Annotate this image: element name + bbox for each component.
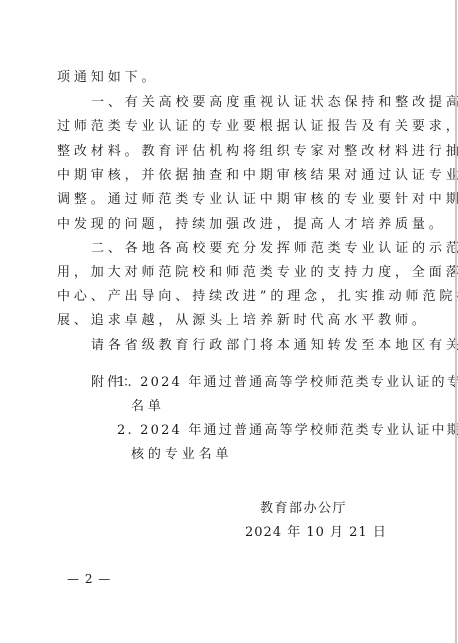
attachment-2-line-2: 核的专业名单 — [131, 445, 397, 465]
attachment-1-line-1: 1. 2024 年通过普通高等学校师范类专业认证的专业 — [117, 373, 397, 393]
attachment-2-line-1: 2. 2024 年通过普通高等学校师范类专业认证中期审 — [117, 421, 397, 441]
issuer-name: 教育部办公厅 — [260, 499, 347, 519]
paragraph-2-line-2: 用，加大对师范院校和师范类专业的支持力度，全面落实“学生 — [57, 263, 397, 283]
paragraph-2-line-1: 二、各地各高校要充分发挥师范类专业认证的示范带动作 — [91, 239, 397, 259]
paragraph-1-line-5: 调整。通过师范类专业认证中期审核的专业要针对中期审核过程 — [57, 190, 397, 210]
paragraph-2-line-3: 中心、产出导向、持续改进”的理念，扎实推动师范院校特色发 — [57, 287, 397, 307]
issue-date: 2024 年 10 月 21 日 — [245, 523, 387, 543]
paragraph-1-line-2: 过师范类专业认证的专业要根据认证报告及有关要求，按时提交 — [57, 117, 397, 137]
document-page: 项通知如下。 一、有关高校要高度重视认证状态保持和整改提高工作，通 过师范类专业… — [0, 0, 455, 643]
body-line-closing-intro: 项通知如下。 — [57, 68, 397, 88]
paragraph-1-line-6: 中发现的问题，持续加强改进，提高人才培养质量。 — [57, 215, 397, 235]
page-number: — 2 — — [67, 569, 111, 589]
paragraph-1-line-1: 一、有关高校要高度重视认证状态保持和整改提高工作，通 — [91, 93, 397, 113]
paragraph-1-line-4: 中期审核，并依据抽查和中期审核结果对通过认证专业进行动态 — [57, 166, 397, 186]
paragraph-3-line-1: 请各省级教育行政部门将本通知转发至本地区有关高校。 — [91, 336, 397, 356]
page-edge-divider — [455, 0, 457, 643]
paragraph-2-line-4: 展、追求卓越，从源头上培养新时代高水平教师。 — [57, 311, 397, 331]
attachment-1-line-2: 名单 — [131, 397, 397, 417]
paragraph-1-line-3: 整改材料。教育评估机构将组织专家对整改材料进行抽查，开展 — [57, 142, 397, 162]
